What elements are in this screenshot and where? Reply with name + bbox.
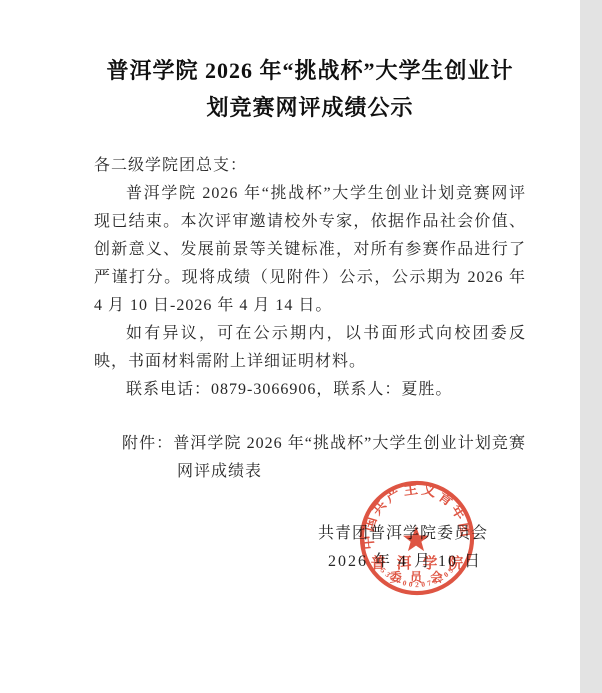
paragraph-objection: 如有异议，可在公示期内，以书面形式向校团委反映，书面材料需附上详细证明材料。 <box>94 320 526 376</box>
paragraph-contact: 联系电话：0879-3066906，联系人：夏胜。 <box>94 376 526 404</box>
title-line-2: 划竞赛网评成绩公示 <box>94 89 526 126</box>
attachment-note: 附件：普洱学院 2026 年“挑战杯”大学生创业计划竞赛网评成绩表 <box>94 430 526 486</box>
viewer-gutter <box>580 0 602 693</box>
title-line-1: 普洱学院 2026 年“挑战杯”大学生创业计 <box>94 52 526 89</box>
official-seal: 中国共产主义青年团 普洱学院 委员会 5327002073209 <box>358 479 476 597</box>
document-page: 普洱学院 2026 年“挑战杯”大学生创业计 划竞赛网评成绩公示 各二级学院团总… <box>0 0 602 693</box>
page-title: 普洱学院 2026 年“挑战杯”大学生创业计 划竞赛网评成绩公示 <box>94 52 526 126</box>
seal-star-icon <box>403 526 429 551</box>
paragraph-announcement: 普洱学院 2026 年“挑战杯”大学生创业计划竞赛网评现已结束。本次评审邀请校外… <box>94 180 526 320</box>
salutation: 各二级学院团总支： <box>94 152 526 180</box>
